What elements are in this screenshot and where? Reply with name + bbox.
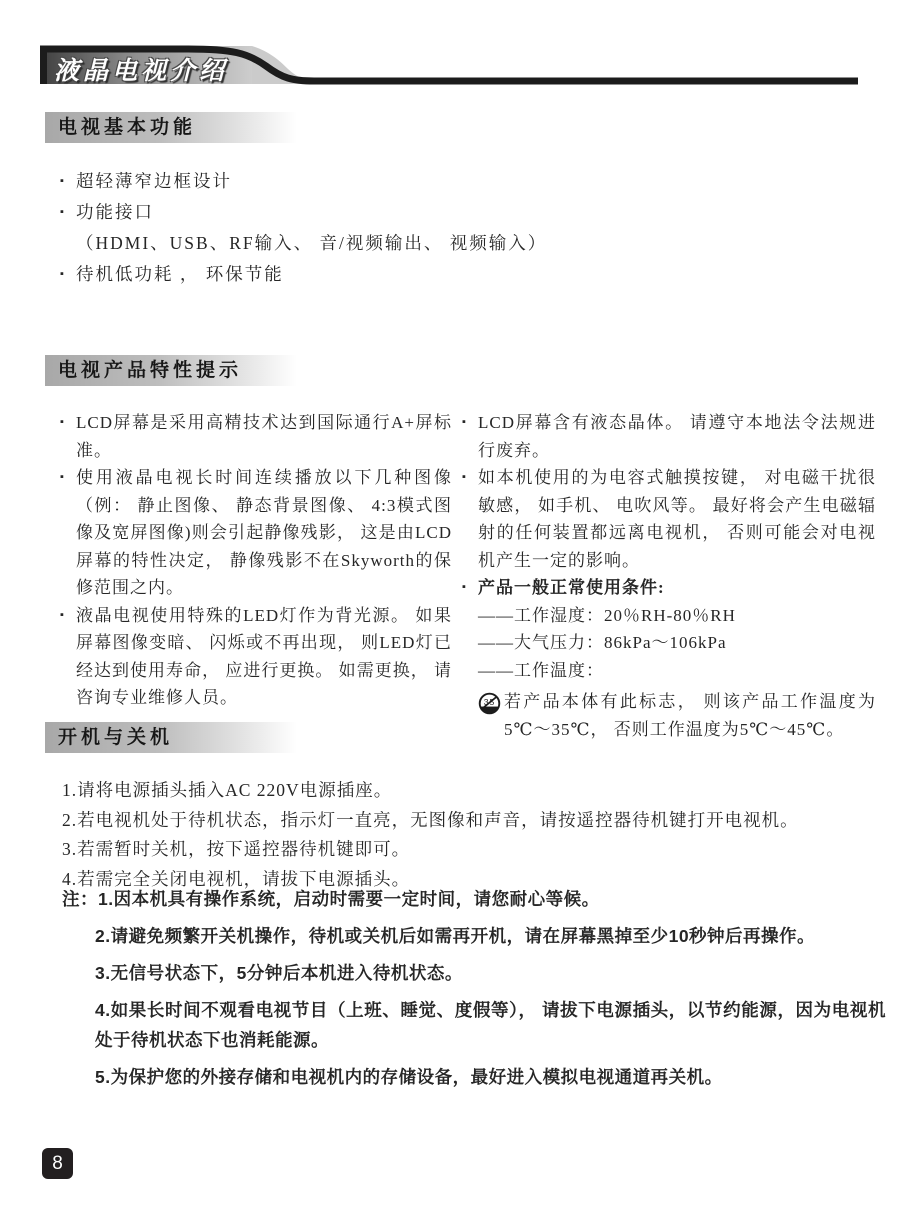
section-header-feature-tips: 电视产品特性提示	[45, 355, 297, 386]
basic-functions-list: ▪ 超轻薄窄边框设计 ▪ 功能接口 （HDMI、USB、RF输入、 音/视频输出…	[60, 166, 560, 290]
bullet-icon: ▪	[60, 409, 65, 437]
bullet-icon: ▪	[462, 464, 467, 492]
list-item-text: 如本机使用的为电容式触摸按键， 对电磁干扰很敏感， 如手机、 电吹风等。 最好将…	[478, 468, 876, 570]
list-item-text: 超轻薄窄边框设计	[76, 171, 232, 191]
bullet-icon: ▪	[60, 259, 66, 290]
feature-tips-left-column: ▪ LCD屏幕是采用高精技术达到国际通行A+屏标准。 ▪ 使用液晶电视长时间连续…	[60, 409, 452, 712]
section-header-basic-functions: 电视基本功能	[45, 112, 297, 143]
list-item-text: 待机低功耗 ， 环保节能	[76, 264, 284, 284]
feature-tips-right-column: ▪ LCD屏幕含有液态晶体。 请遵守本地法令法规进行废弃。 ▪ 如本机使用的为电…	[462, 409, 876, 743]
page-header-banner: 液晶电视介绍	[40, 44, 862, 90]
temperature-note-text: 若产品本体有此标志， 则该产品工作温度为5℃～35℃， 否则工作温度为5℃～45…	[504, 688, 876, 743]
conditions-title: ▪ 产品一般正常使用条件:	[462, 574, 876, 602]
condition-pressure: ——大气压力：86kPa～106kPa	[462, 629, 876, 657]
list-item-detail: （HDMI、USB、RF输入、 音/视频输出、 视频输入）	[60, 228, 560, 259]
list-item: ▪ 待机低功耗 ， 环保节能	[60, 259, 560, 290]
list-item-text: LCD屏幕含有液态晶体。 请遵守本地法令法规进行废弃。	[478, 413, 876, 460]
bullet-icon: ▪	[60, 464, 65, 492]
conditions-title-text: 产品一般正常使用条件:	[478, 578, 665, 597]
note-label: 注：	[62, 884, 98, 914]
power-steps-list: 1.请将电源插头插入AC 220V电源插座。 2.若电视机处于待机状态，指示灯一…	[62, 776, 884, 894]
step-item: 2.若电视机处于待机状态，指示灯一直亮，无图像和声音，请按遥控器待机键打开电视机…	[62, 806, 884, 836]
note-item: 4.如果长时间不观看电视节目（上班、睡觉、度假等）， 请拔下电源插头，以节约能源…	[95, 995, 886, 1055]
note-item: 3.无信号状态下，5分钟后本机进入待机状态。	[95, 958, 886, 988]
temperature-limit-icon: 35	[478, 688, 504, 743]
note-item-text: 1.因本机具有操作系统，启动时需要一定时间，请您耐心等候。	[98, 884, 600, 914]
step-item: 1.请将电源插头插入AC 220V电源插座。	[62, 776, 884, 806]
list-item: ▪ 超轻薄窄边框设计	[60, 166, 560, 197]
note-item: 2.请避免频繁开关机操作，待机或关机后如需再开机，请在屏幕黑掉至少10秒钟后再操…	[95, 921, 886, 951]
bullet-icon: ▪	[60, 197, 66, 228]
page-title: 液晶电视介绍	[54, 51, 228, 87]
bullet-icon: ▪	[462, 574, 467, 602]
list-item-text: 液晶电视使用特殊的LED灯作为背光源。 如果屏幕图像变暗、 闪烁或不再出现， 则…	[76, 606, 452, 708]
temperature-note-row: 35 若产品本体有此标志， 则该产品工作温度为5℃～35℃， 否则工作温度为5℃…	[462, 688, 876, 743]
list-item: ▪ 如本机使用的为电容式触摸按键， 对电磁干扰很敏感， 如手机、 电吹风等。 最…	[462, 464, 876, 574]
list-item-text: LCD屏幕是采用高精技术达到国际通行A+屏标准。	[76, 413, 452, 460]
bullet-icon: ▪	[462, 409, 467, 437]
bullet-icon: ▪	[60, 602, 65, 630]
section-header-power: 开机与关机	[45, 722, 297, 753]
list-item-text: 功能接口	[76, 202, 154, 222]
condition-temperature: ——工作温度：	[462, 657, 876, 685]
list-item-text: 使用液晶电视长时间连续播放以下几种图像（例： 静止图像、 静态背景图像、 4:3…	[76, 468, 452, 597]
list-item: ▪ 使用液晶电视长时间连续播放以下几种图像（例： 静止图像、 静态背景图像、 4…	[60, 464, 452, 602]
list-item: ▪ 功能接口	[60, 197, 560, 228]
power-notes-block: 注： 1.因本机具有操作系统，启动时需要一定时间，请您耐心等候。 2.请避免频繁…	[62, 884, 886, 1099]
list-item: ▪ LCD屏幕含有液态晶体。 请遵守本地法令法规进行废弃。	[462, 409, 876, 464]
note-row: 注： 1.因本机具有操作系统，启动时需要一定时间，请您耐心等候。	[62, 884, 886, 914]
page-number-badge: 8	[42, 1148, 73, 1179]
manual-page: 液晶电视介绍 电视基本功能 ▪ 超轻薄窄边框设计 ▪ 功能接口 （HDMI、US…	[0, 0, 898, 1229]
bullet-icon: ▪	[60, 166, 66, 197]
list-item: ▪ LCD屏幕是采用高精技术达到国际通行A+屏标准。	[60, 409, 452, 464]
note-item: 5.为保护您的外接存储和电视机内的存储设备，最好进入模拟电视通道再关机。	[95, 1062, 886, 1092]
list-item: ▪ 液晶电视使用特殊的LED灯作为背光源。 如果屏幕图像变暗、 闪烁或不再出现，…	[60, 602, 452, 712]
step-item: 3.若需暂时关机，按下遥控器待机键即可。	[62, 835, 884, 865]
condition-humidity: ——工作湿度：20％RH-80％RH	[462, 602, 876, 630]
